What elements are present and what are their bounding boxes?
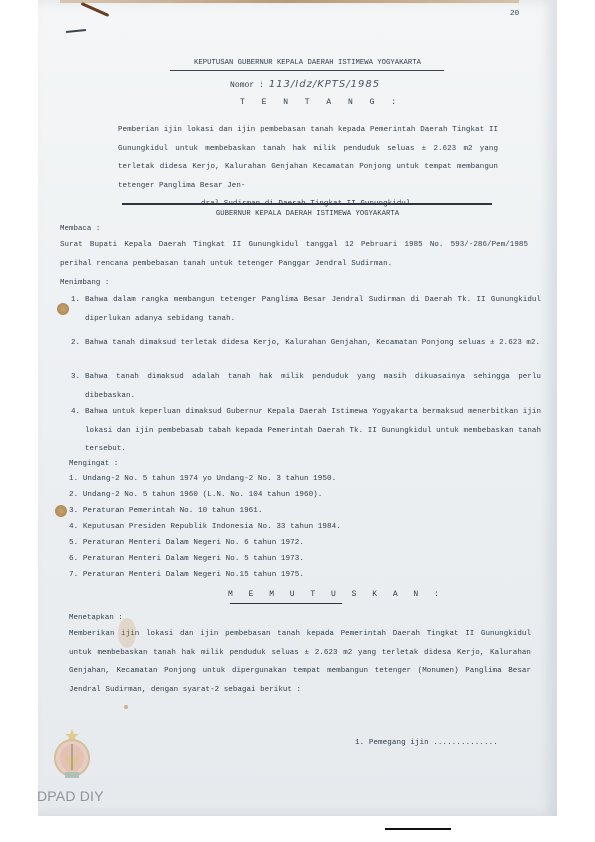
subject-text: Pemberian ijin lokasi dan ijin pembebasa… <box>118 126 498 190</box>
page-top-edge <box>60 0 519 3</box>
watermark: DPAD DIY <box>37 788 104 804</box>
title-underline <box>170 70 444 71</box>
rust-stain <box>124 705 128 709</box>
nomor-label: Nomor : <box>230 81 264 90</box>
item-number: 2. <box>71 334 80 353</box>
item-text: Bahwa tanah dimaksud adalah tanah hak mi… <box>85 368 541 405</box>
memutuskan-heading: M E M U T U S K A N : <box>228 590 444 599</box>
item-text: Bahwa tanah dimaksud terletak didesa Ker… <box>85 334 541 353</box>
menetapkan-text: Memberikan ijin lokasi dan ijin pembebas… <box>69 625 531 699</box>
item-text: Bahwa dalam rangka membangun tetenger Pa… <box>85 291 541 328</box>
menimbang-item: 1. Bahwa dalam rangka membangun tetenger… <box>71 291 541 328</box>
item-number: 4. <box>71 403 80 422</box>
menimbang-item: 2. Bahwa tanah dimaksud terletak didesa … <box>71 334 541 353</box>
menetapkan-label: Menetapkan : <box>69 614 123 622</box>
mengingat-item: 4. Keputusan Presiden Republik Indonesia… <box>69 523 341 531</box>
mengingat-label: Mengingat : <box>69 460 118 468</box>
mengingat-item: 5. Peraturan Menteri Dalam Negeri No. 6 … <box>69 539 304 547</box>
rust-stain <box>118 618 136 648</box>
subject-divider <box>122 203 492 205</box>
dpad-diy-emblem-icon <box>50 728 94 782</box>
mengingat-item: 2. Undang-2 No. 5 tahun 1960 (L.N. No. 1… <box>69 491 322 499</box>
issuer-heading: GUBERNUR KEPALA DAERAH ISTIMEWA YOGYAKAR… <box>120 210 495 218</box>
memutuskan-underline <box>230 603 342 604</box>
decree-title: KEPUTUSAN GUBERNUR KEPALA DAERAH ISTIMEW… <box>130 59 485 67</box>
menimbang-item: 3. Bahwa tanah dimaksud adalah tanah hak… <box>71 368 541 405</box>
mengingat-item: 1. Undang-2 No. 5 tahun 1974 yo Undang-2… <box>69 475 336 483</box>
decree-number: Nomor : 113/Idz/KPTS/1985 <box>230 79 380 90</box>
nomor-value: 113/Idz/KPTS/1985 <box>269 79 380 90</box>
decree-subject: Pemberian ijin lokasi dan ijin pembebasa… <box>118 121 498 214</box>
punch-hole <box>55 505 67 517</box>
item-number: 1. <box>71 291 80 310</box>
mengingat-item: 7. Peraturan Menteri Dalam Negeri No.15 … <box>69 571 304 579</box>
mengingat-item: 6. Peraturan Menteri Dalam Negeri No. 5 … <box>69 555 304 563</box>
mengingat-item: 3. Peraturan Pemerintah No. 10 tahun 196… <box>69 507 263 515</box>
membaca-text: Surat Bupati Kepala Daerah Tingkat II Gu… <box>60 236 528 273</box>
condition-item: 1. Pemegang ijin .............. <box>355 739 498 747</box>
page-number: 20 <box>510 10 519 18</box>
menimbang-label: Menimbang : <box>60 279 109 287</box>
item-number: 3. <box>71 368 80 387</box>
menimbang-item: 4. Bahwa untuk keperluan dimaksud Gubern… <box>71 403 541 459</box>
footer-rule <box>385 828 451 830</box>
punch-hole <box>57 303 69 315</box>
membaca-label: Membaca : <box>60 225 100 233</box>
item-text: Bahwa untuk keperluan dimaksud Gubernur … <box>85 403 541 459</box>
tentang-heading: T E N T A N G : <box>240 98 402 107</box>
